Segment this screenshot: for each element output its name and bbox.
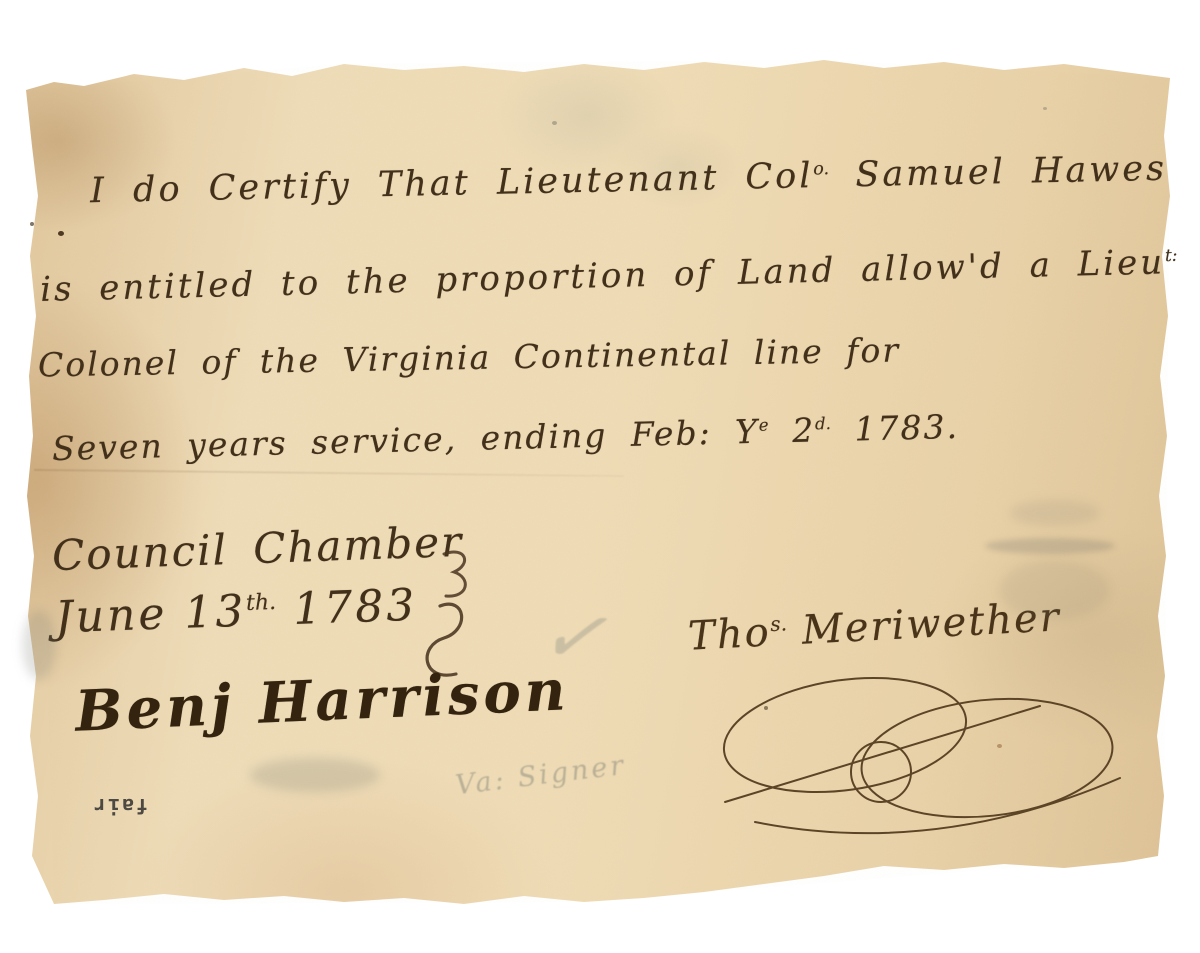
signature-paraph-flourish (695, 650, 1130, 850)
show-through-smudge (1010, 500, 1100, 526)
fair-stamp-mirrored: fair (92, 794, 148, 818)
pencil-smudge (22, 610, 56, 680)
graphite-streak (985, 538, 1115, 554)
pencil-check-mark: ✓ (534, 588, 611, 686)
show-through-smudge (1000, 560, 1110, 620)
ink-speck (764, 706, 768, 710)
ink-speck (552, 121, 557, 125)
ink-speck (58, 231, 64, 236)
brace-flourish-small (436, 548, 476, 600)
ink-speck (997, 744, 1002, 748)
document-photo: I do Certify That Lieutenant Colo. Samue… (0, 0, 1200, 953)
ink-speck (1043, 107, 1047, 110)
pencil-smudge (250, 758, 380, 792)
ink-speck (30, 222, 34, 226)
